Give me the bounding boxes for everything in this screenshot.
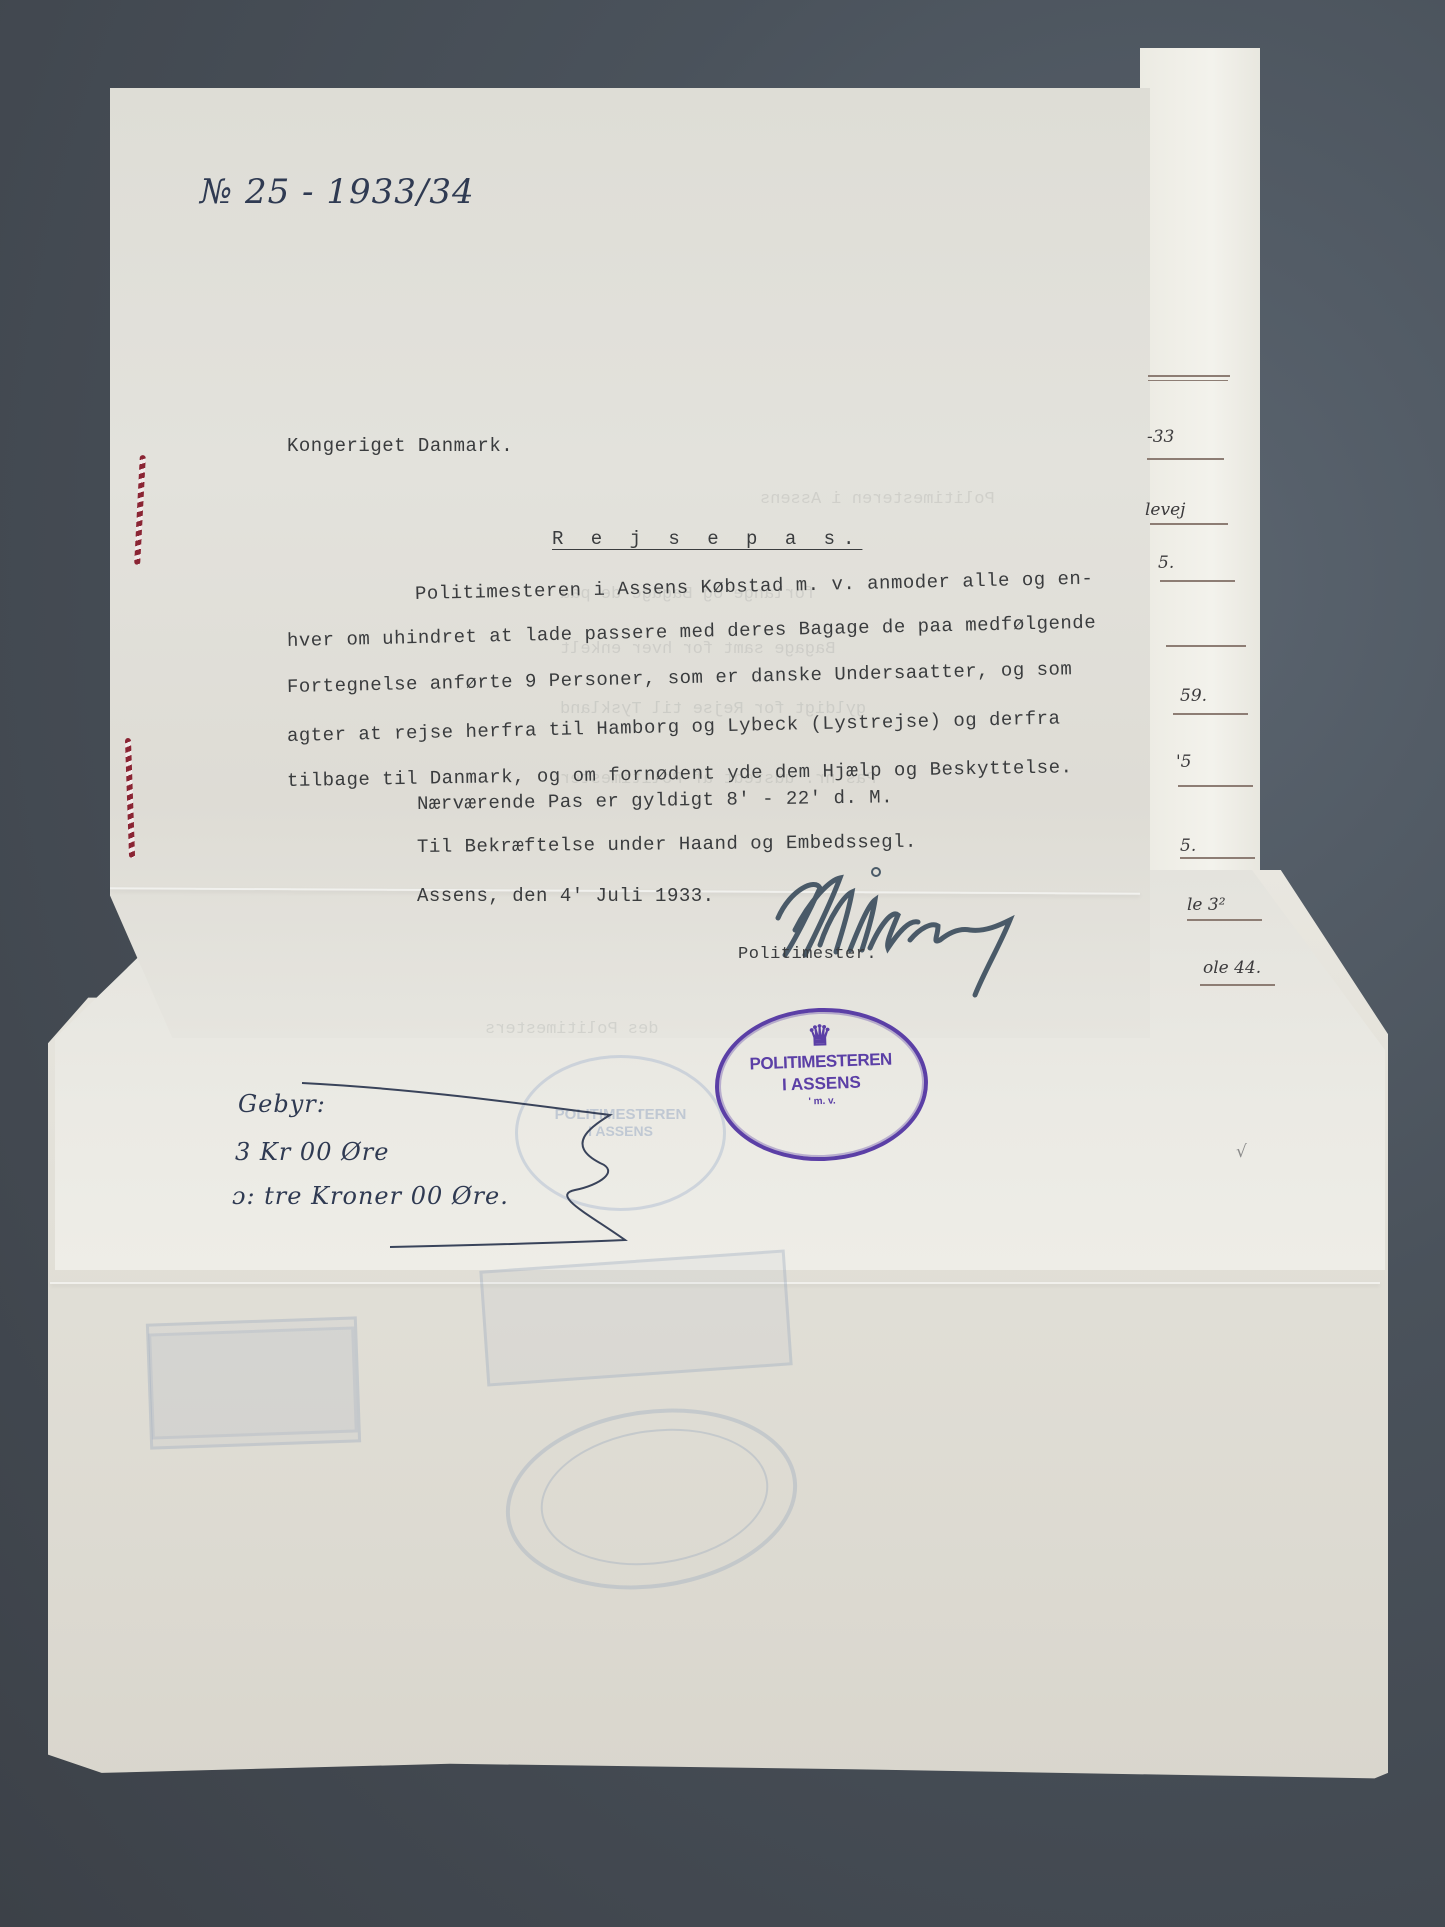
fee-bracket-flourish — [300, 1075, 640, 1250]
country-heading: Kongeriget Danmark. — [287, 435, 513, 457]
back-sheet-entry: 59. — [1180, 686, 1207, 706]
reference-number: № 25 - 1933/34 — [200, 172, 475, 212]
back-sheet-entry: 5. — [1158, 553, 1174, 573]
back-sheet-entry: levej — [1145, 500, 1185, 520]
back-sheet-entry: 5. — [1180, 836, 1196, 856]
crown-icon: ♛ — [717, 1018, 923, 1053]
back-sheet-entry: ole 44. — [1203, 958, 1261, 978]
document-title: R e j s e p a s. — [552, 528, 862, 550]
back-sheet-entry: '5 — [1176, 752, 1192, 772]
signature-title: Politimester. — [738, 945, 877, 964]
place-and-date: Assens, den 4' Juli 1933. — [417, 885, 715, 907]
back-sheet-mark: √ — [1236, 1142, 1247, 1162]
back-sheet-entry: -33 — [1147, 427, 1174, 447]
signature — [760, 860, 1030, 1000]
back-sheet-entry: le 3² — [1187, 895, 1226, 915]
